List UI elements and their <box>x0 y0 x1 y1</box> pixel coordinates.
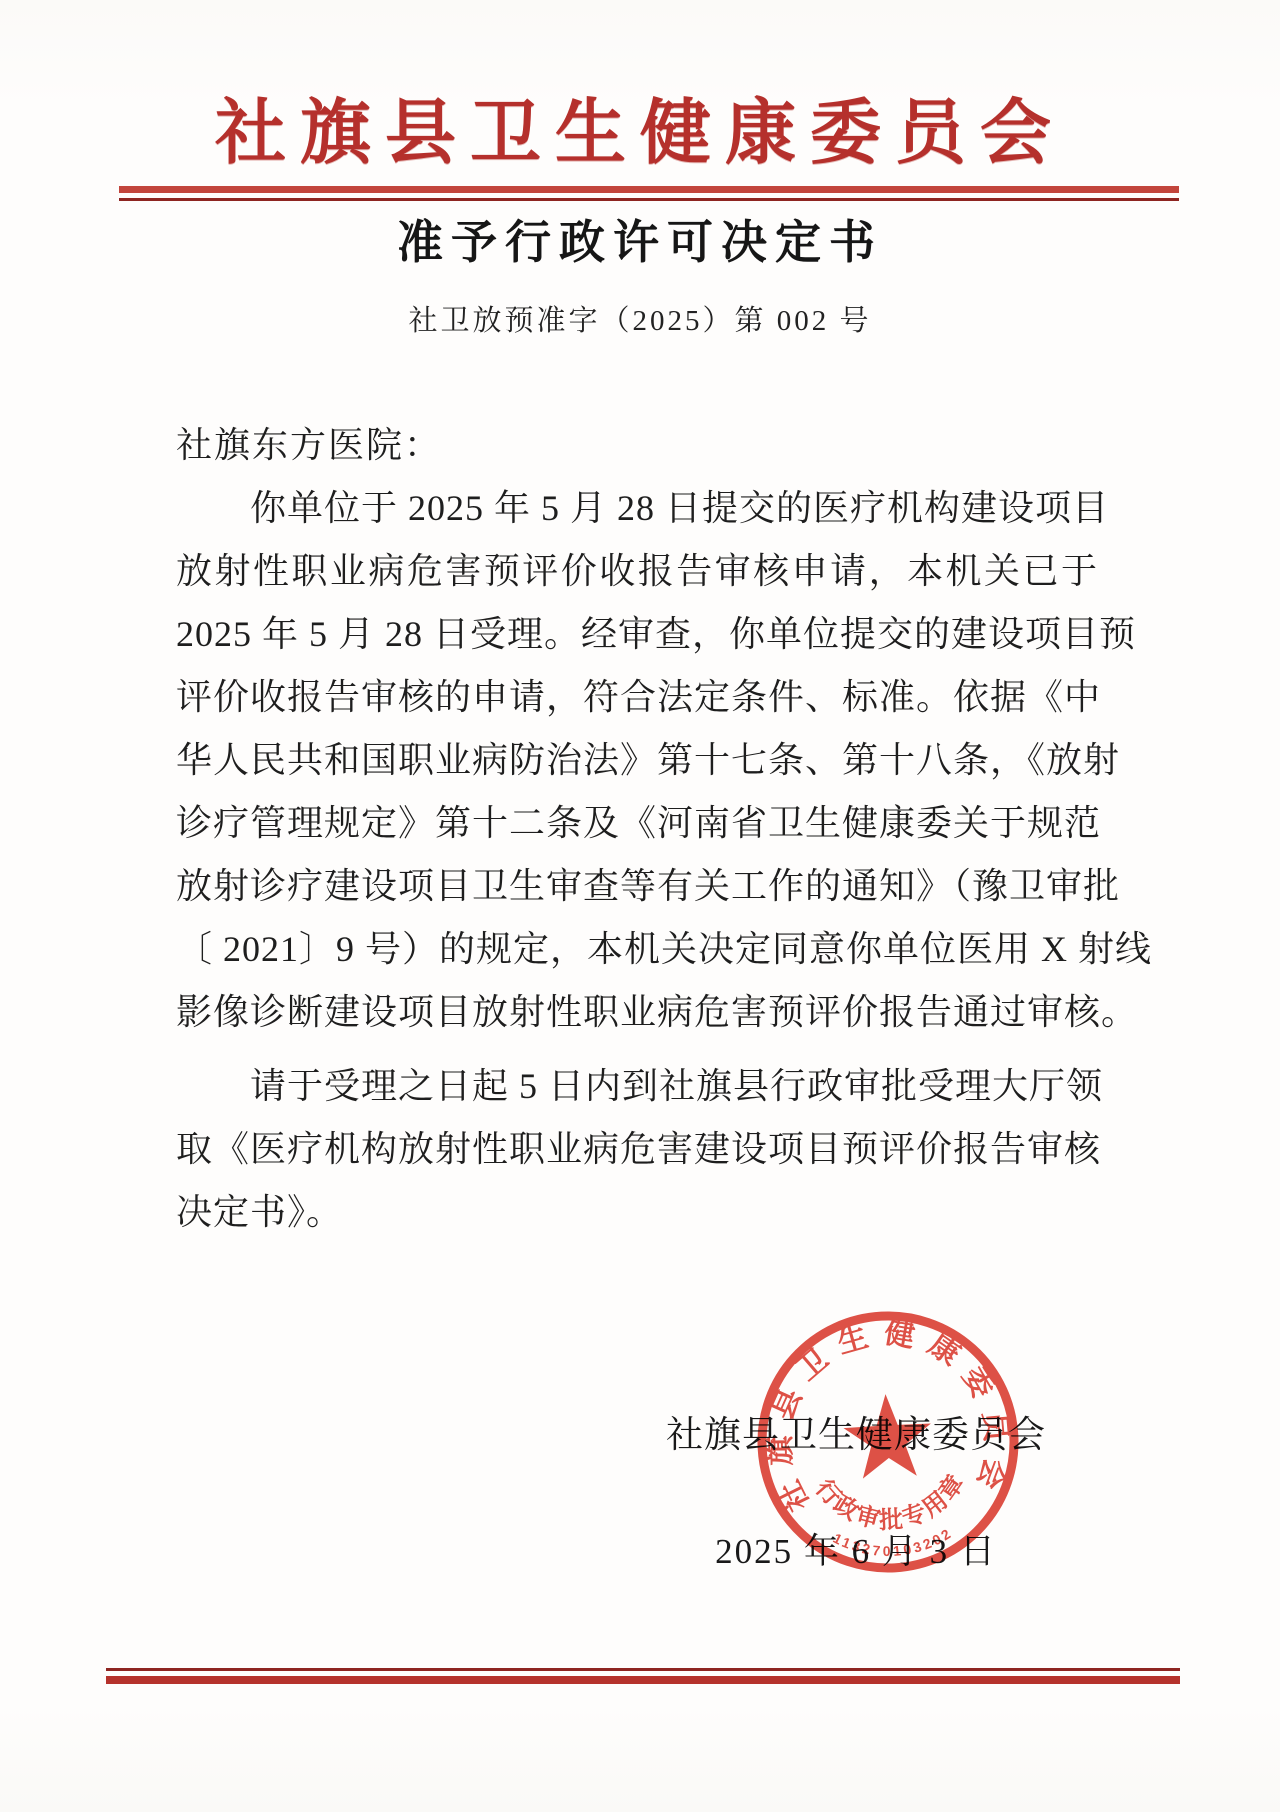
official-seal: 社旗县卫生健康委员会 行政审批专用章 113270103202 <box>745 1299 1031 1585</box>
body-line: 决定书》。 <box>176 1181 1098 1244</box>
body-line: 放射性职业病危害预评价收报告审核申请，本机关已于 <box>176 540 1098 603</box>
body-paragraph-1: 你单位于 2025 年 5 月 28 日提交的医疗机构建设项目放射性职业病危害预… <box>176 477 1098 1044</box>
seal-star-icon <box>842 1392 934 1480</box>
document-title: 准予行政许可决定书 <box>0 206 1280 272</box>
body-line: 你单位于 2025 年 5 月 28 日提交的医疗机构建设项目 <box>176 477 1098 540</box>
body-line: 2025 年 5 月 28 日受理。经审查，你单位提交的建设项目预 <box>176 603 1098 666</box>
letterhead-rule-thin <box>119 198 1179 201</box>
body-line: 影像诊断建设项目放射性职业病危害预评价报告通过审核。 <box>176 981 1098 1044</box>
body-line: 请于受理之日起 5 日内到社旗县行政审批受理大厅领 <box>176 1055 1098 1118</box>
footer-rule-thick <box>106 1676 1180 1684</box>
body-line: 〔 2021〕9 号）的规定，本机关决定同意你单位医用 X 射线 <box>176 918 1098 981</box>
footer-rule-thin <box>106 1668 1180 1671</box>
body-line: 诊疗管理规定》第十二条及《河南省卫生健康委关于规范 <box>176 792 1098 855</box>
letterhead-rule-thick <box>119 186 1179 193</box>
scanned-document-page: 社旗县卫生健康委员会 准予行政许可决定书 社卫放预准字（2025）第 002 号… <box>0 0 1280 1812</box>
body-paragraph-2: 请于受理之日起 5 日内到社旗县行政审批受理大厅领取《医疗机构放射性职业病危害建… <box>176 1055 1098 1244</box>
salutation: 社旗东方医院： <box>176 414 1098 477</box>
body-line: 取《医疗机构放射性职业病危害建设项目预评价报告审核 <box>176 1118 1098 1181</box>
body-line: 放射诊疗建设项目卫生审查等有关工作的通知》（豫卫审批 <box>176 855 1098 918</box>
body-line: 华人民共和国职业病防治法》第十七条、第十八条，《放射 <box>176 729 1098 792</box>
agency-letterhead-title: 社旗县卫生健康委员会 <box>0 76 1280 178</box>
body-line: 评价收报告审核的申请，符合法定条件、标准。依据《中 <box>176 666 1098 729</box>
document-body: 社旗东方医院： 你单位于 2025 年 5 月 28 日提交的医疗机构建设项目放… <box>176 414 1098 1244</box>
document-number: 社卫放预准字（2025）第 002 号 <box>0 298 1280 339</box>
